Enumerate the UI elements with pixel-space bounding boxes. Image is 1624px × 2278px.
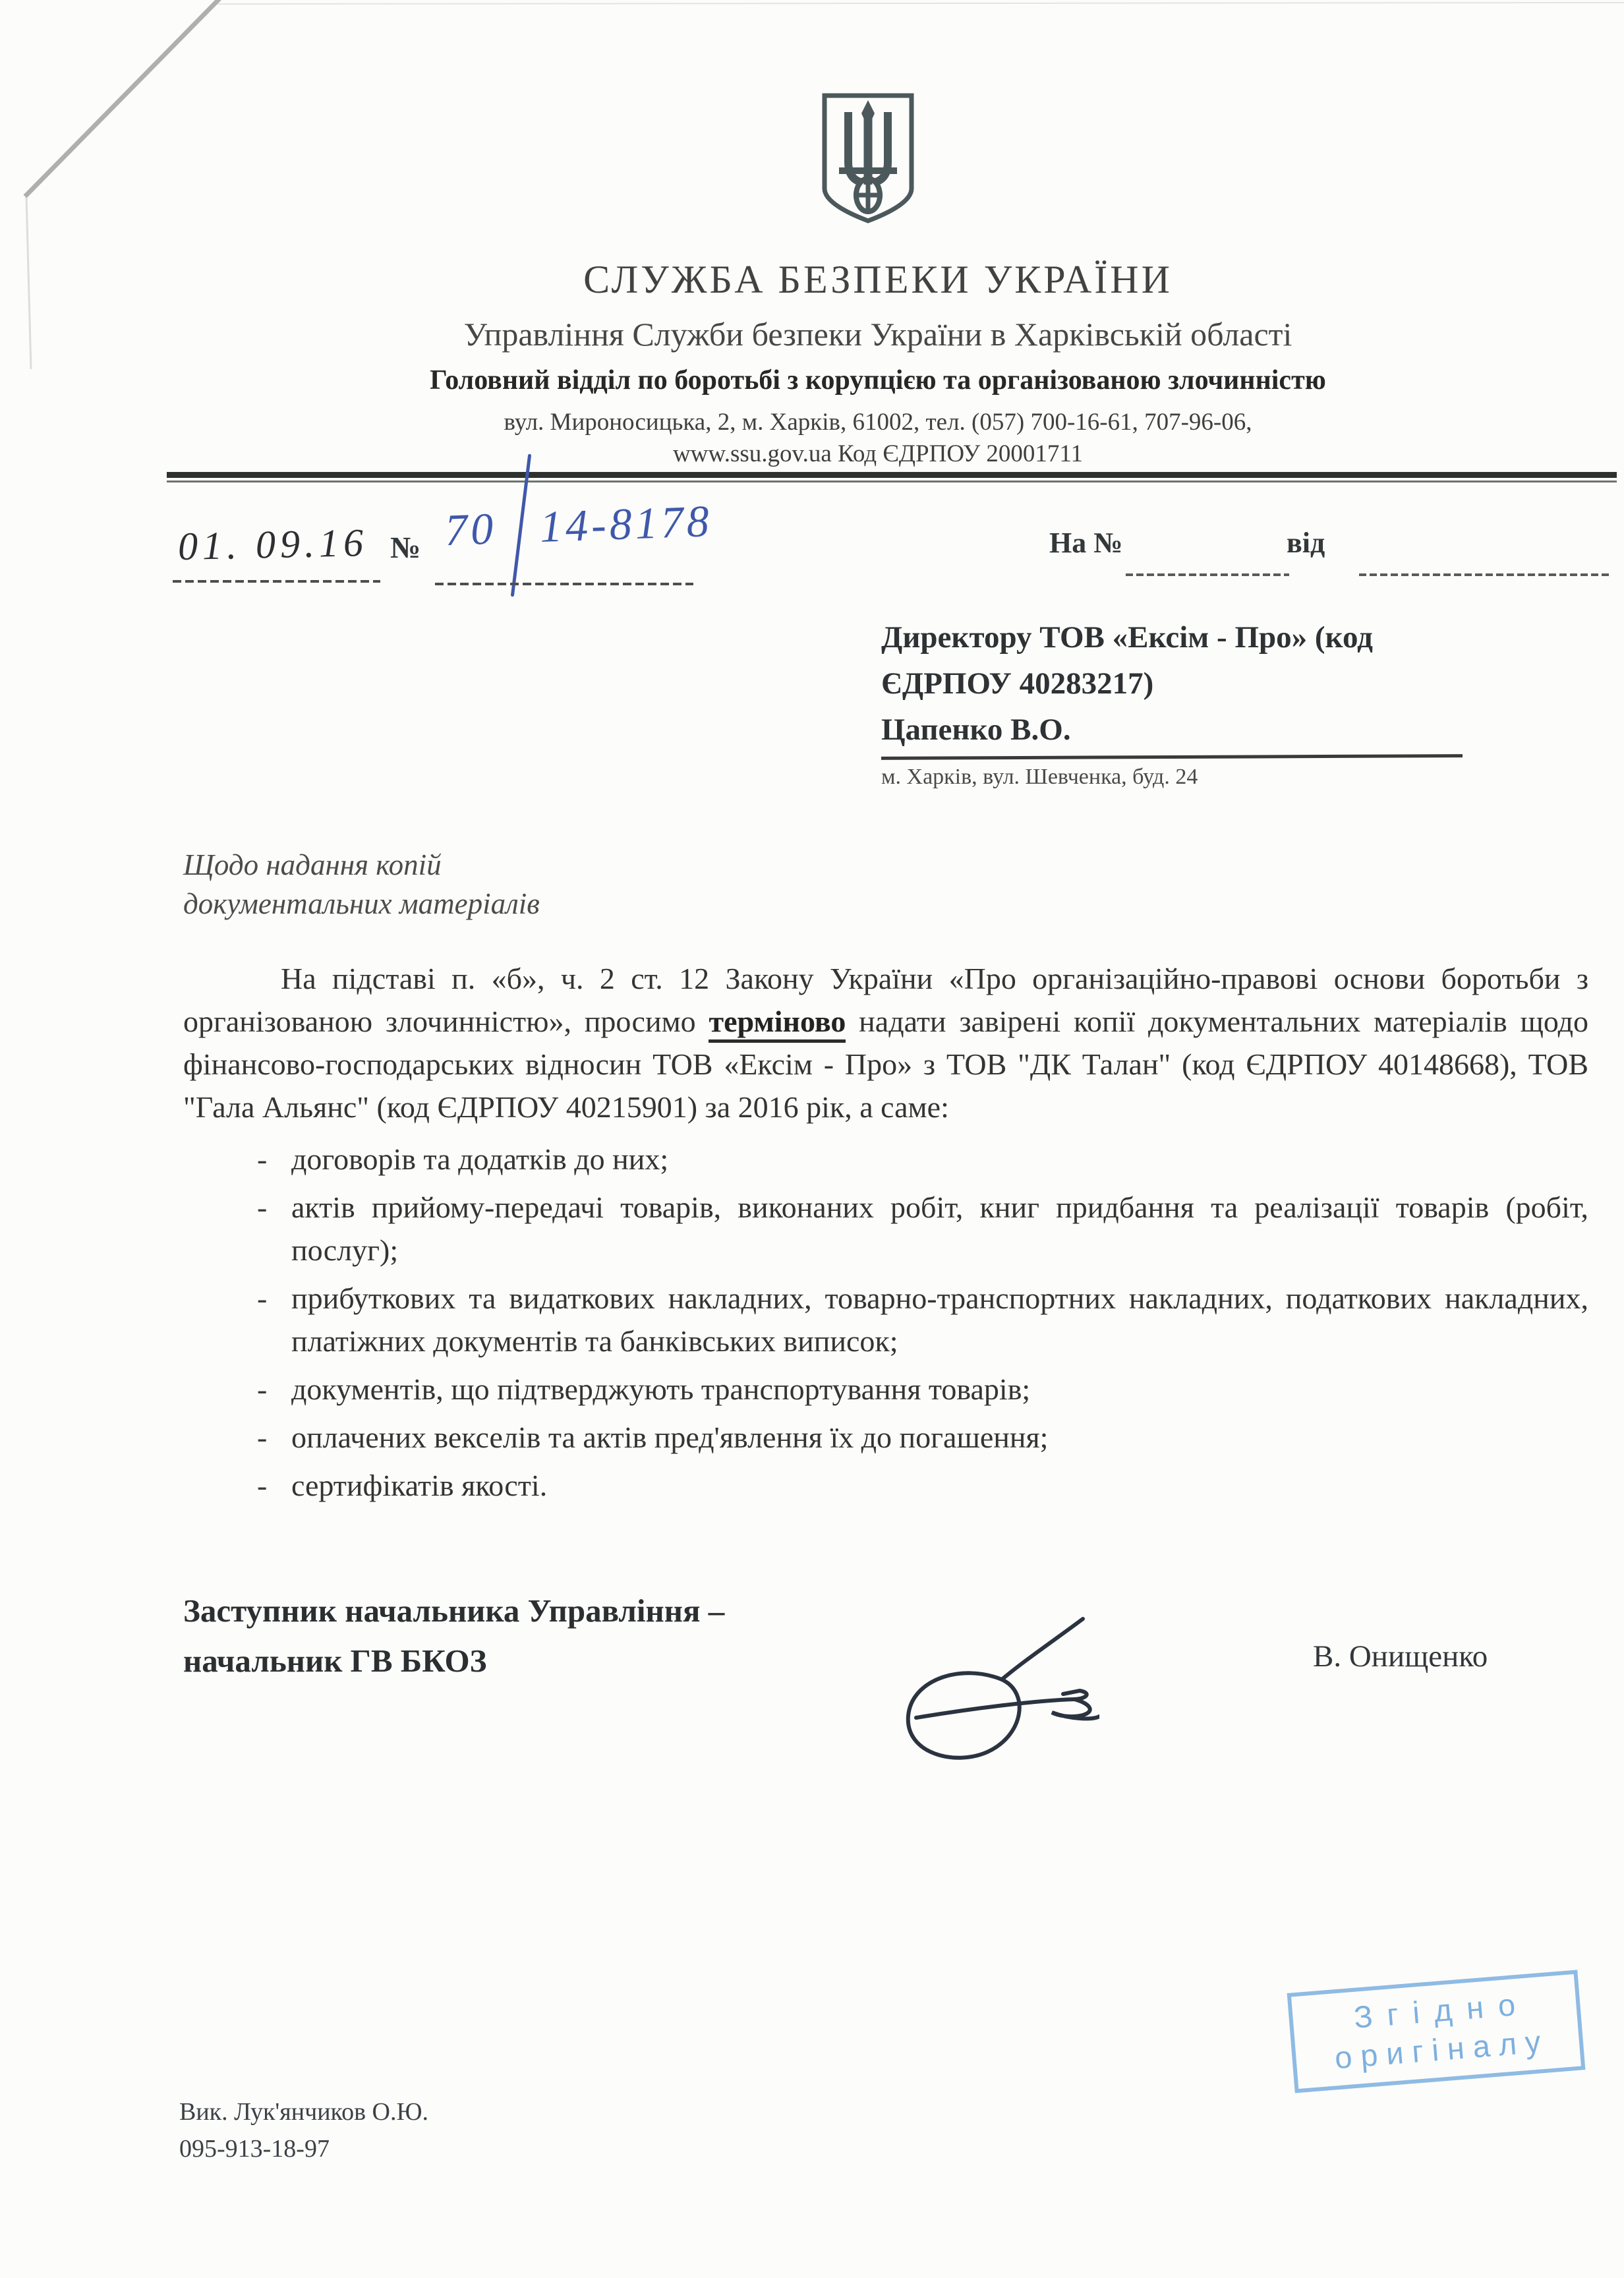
executor-name: Вик. Лук'янчиков О.Ю.	[179, 2093, 428, 2130]
subject-block: Щодо надання копій документальних матері…	[183, 846, 540, 923]
list-item: -сертифікатів якості.	[257, 1464, 1588, 1507]
list-dash: -	[257, 1138, 291, 1181]
org-address: вул. Мироносицька, 2, м. Харків, 61002, …	[173, 407, 1583, 438]
list-dash: -	[257, 1464, 291, 1507]
urgent-word: терміново	[709, 1005, 846, 1043]
list-dash: -	[257, 1368, 291, 1411]
incoming-no-blank-line	[1126, 573, 1289, 576]
org-department: Головний відділ по боротьбі з корупцією …	[173, 362, 1583, 399]
signatory-name: В. Онищенко	[1313, 1639, 1488, 1674]
incoming-no-label: На №	[1049, 526, 1122, 560]
reference-row: 01. 09.16 № 7014-8178 На № від	[171, 508, 1615, 606]
org-division: Управління Служби безпеки України в Харк…	[173, 313, 1583, 355]
list-item-text: прибуткових та видаткових накладних, тов…	[291, 1277, 1588, 1362]
list-item-text: оплачених векселів та актів пред'явлення…	[291, 1416, 1588, 1459]
list-item: -прибуткових та видаткових накладних, то…	[257, 1277, 1588, 1362]
body-paragraph: На підставі п. «б», ч. 2 ст. 12 Закону У…	[183, 957, 1588, 1128]
signatory-title-line-2: начальник ГВ БКОЗ	[183, 1636, 724, 1686]
list-dash: -	[257, 1186, 291, 1271]
executor-block: Вик. Лук'янчиков О.Ю. 095-913-18-97	[179, 2093, 428, 2167]
recipient-line-2: ЄДРПОУ 40283217)	[881, 660, 1596, 707]
handwritten-date: 01. 09.16	[177, 520, 368, 569]
number-part1: 70	[444, 503, 498, 555]
executor-phone: 095-913-18-97	[179, 2130, 428, 2167]
header-divider	[167, 472, 1617, 482]
list-item-text: договорів та додатків до них;	[291, 1138, 1588, 1181]
number-underline	[435, 583, 693, 585]
recipient-address: м. Харків, вул. Шевченка, буд. 24	[881, 763, 1596, 792]
org-website-and-code: www.ssu.gov.ua Код ЄДРПОУ 20001711	[173, 438, 1583, 470]
divider-thick-line	[167, 472, 1617, 478]
list-item: -документів, що підтверджують транспорту…	[257, 1368, 1588, 1411]
list-dash: -	[257, 1277, 291, 1362]
subject-line-2: документальних матеріалів	[183, 885, 540, 923]
signatory-title: Заступник начальника Управління – началь…	[183, 1586, 724, 1686]
list-item-text: актів прийому-передачі товарів, виконани…	[291, 1186, 1588, 1271]
signatory-title-line-1: Заступник начальника Управління –	[183, 1586, 724, 1636]
list-item: -договорів та додатків до них;	[257, 1138, 1588, 1181]
scanned-letter-document: { "header": { "emblem_label": "emblem-tr…	[0, 0, 1624, 2278]
emblem-trident-icon	[819, 91, 917, 225]
divider-thin-line	[167, 481, 1617, 482]
handwritten-outgoing-number: 7014-8178	[444, 495, 713, 556]
certified-copy-stamp: Згідно оригіналу	[1287, 1970, 1586, 2093]
recipient-underline	[881, 754, 1463, 760]
recipient-name: Цапенко В.О.	[881, 707, 1596, 753]
list-dash: -	[257, 1416, 291, 1459]
subject-line-1: Щодо надання копій	[183, 846, 540, 885]
letter-body: На підставі п. «б», ч. 2 ст. 12 Закону У…	[183, 957, 1588, 1512]
recipient-block: Директору ТОВ «Ексім - Про» (код ЄДРПОУ …	[881, 614, 1596, 792]
org-name: СЛУЖБА БЕЗПЕКИ УКРАЇНИ	[173, 254, 1583, 305]
number-sign-label: №	[390, 530, 420, 565]
signature-scribble	[882, 1600, 1099, 1778]
letterhead: СЛУЖБА БЕЗПЕКИ УКРАЇНИ Управління Служби…	[173, 254, 1583, 470]
incoming-from-blank-line	[1359, 573, 1611, 576]
date-underline	[173, 580, 380, 583]
recipient-line-1: Директору ТОВ «Ексім - Про» (код	[881, 614, 1596, 660]
list-item: -актів прийому-передачі товарів, виконан…	[257, 1186, 1588, 1271]
incoming-from-label: від	[1287, 526, 1325, 560]
requested-documents-list: -договорів та додатків до них; -актів пр…	[257, 1138, 1588, 1507]
list-item-text: документів, що підтверджують транспортув…	[291, 1368, 1588, 1411]
list-item: -оплачених векселів та актів пред'явленн…	[257, 1416, 1588, 1459]
number-part2: 14-8178	[539, 496, 713, 552]
list-item-text: сертифікатів якості.	[291, 1464, 1588, 1507]
